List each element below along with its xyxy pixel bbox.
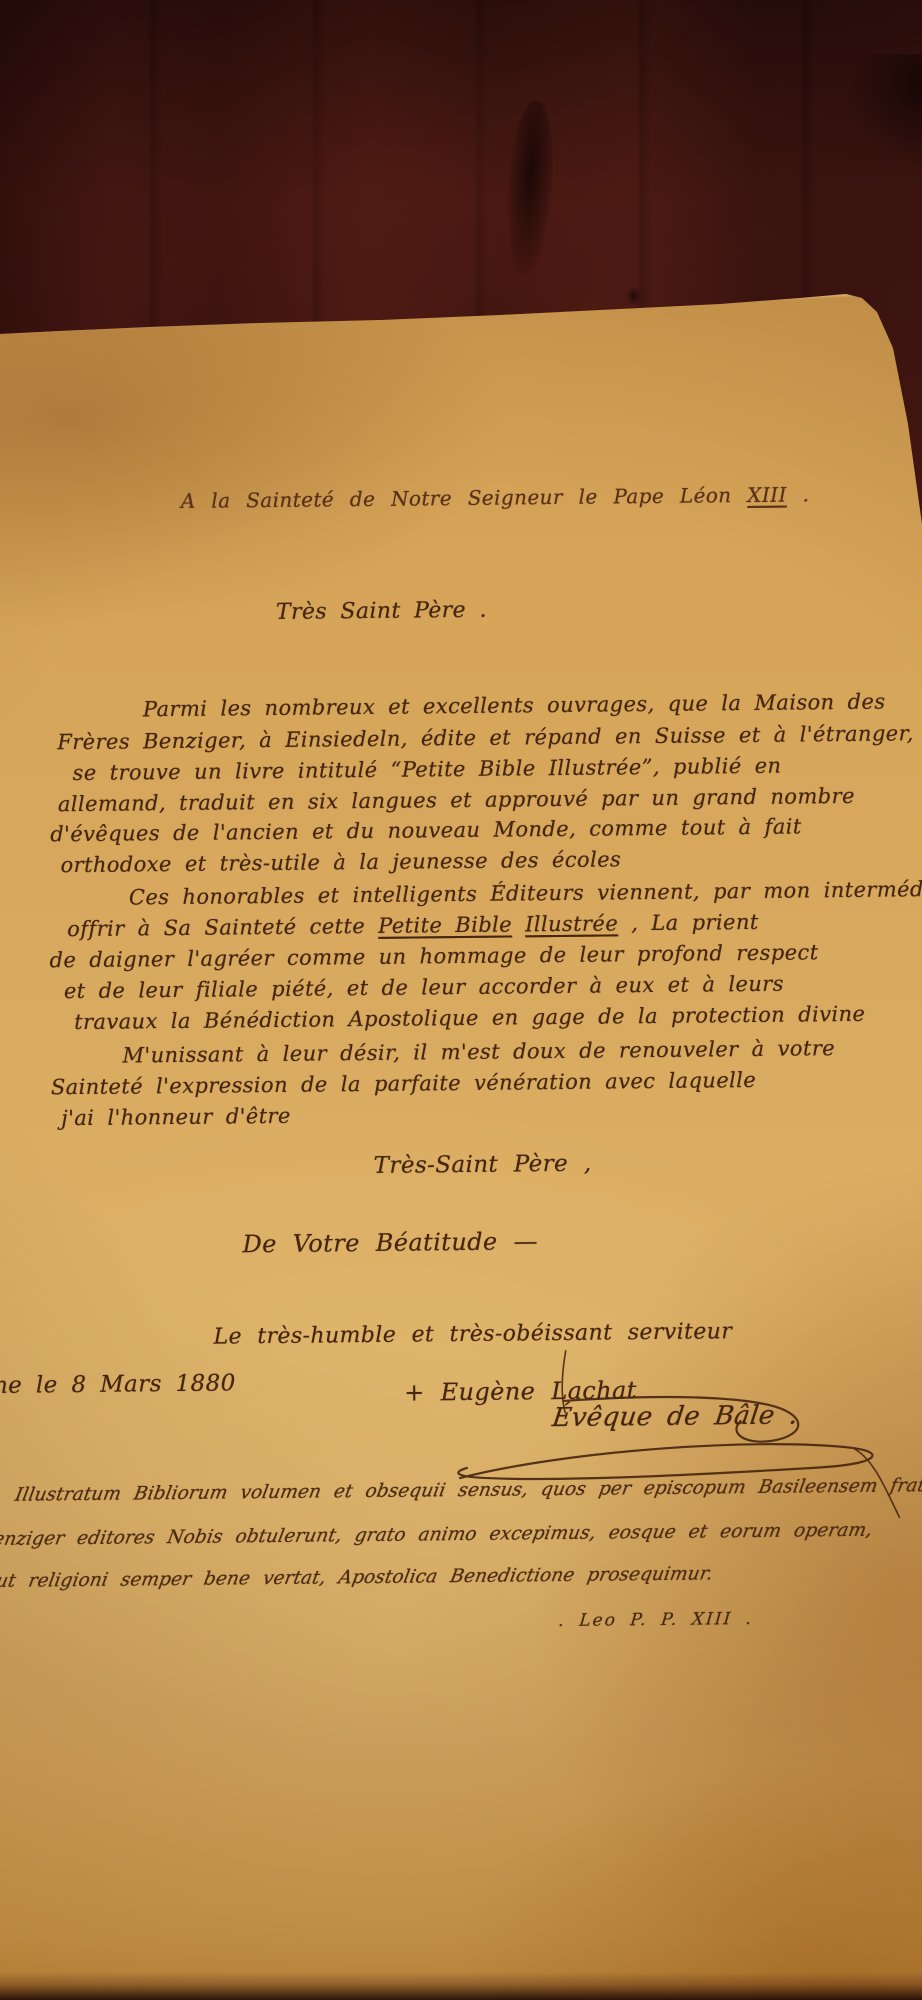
date-line: me le 8 Mars 1880 bbox=[0, 1370, 236, 1399]
photo-bottom-shadow bbox=[0, 1972, 922, 2000]
letter-text: , La prient bbox=[618, 910, 759, 935]
letter-line: Frères Benziger, à Einsiedeln, édite et … bbox=[57, 721, 914, 754]
postscript-line: Illustratum Bibliorum volumen et obsequi… bbox=[13, 1475, 922, 1506]
letter-line: offrir à Sa Sainteté cette Petite Bible … bbox=[67, 910, 759, 941]
letter-line: Ces honorables et intelligents Éditeurs … bbox=[129, 877, 922, 910]
greeting-line: Très Saint Père . bbox=[276, 598, 487, 625]
letter-line: allemand, traduit en six langues et appr… bbox=[58, 784, 855, 816]
letter-line: et de leur filiale piété, et de leur acc… bbox=[64, 972, 784, 1004]
letter-line: travaux la Bénédiction Apostolique en ga… bbox=[74, 1002, 865, 1034]
letter-line: se trouve un livre intitulé “Petite Bibl… bbox=[72, 754, 781, 785]
handwritten-text-layer: A la Sainteté de Notre Seigneur le Pape … bbox=[0, 0, 922, 2000]
letter-line: d'évêques de l'ancien et du nouveau Mond… bbox=[50, 814, 802, 846]
letter-line: orthodoxe et très-utile à la jeunesse de… bbox=[60, 847, 621, 877]
closing-line: Très-Saint Père , bbox=[374, 1151, 592, 1179]
closing-line: Le très-humble et très-obéissant servite… bbox=[213, 1319, 732, 1349]
underlined-text: Petite Bible bbox=[378, 912, 512, 937]
letter-photo: A la Sainteté de Notre Seigneur le Pape … bbox=[0, 0, 922, 2000]
salutation-line: A la Sainteté de Notre Seigneur le Pape … bbox=[181, 482, 810, 513]
salutation-text: A la Sainteté de Notre Seigneur le Pape … bbox=[181, 483, 748, 513]
letter-line: Sainteté l'expression de la parfaite vén… bbox=[51, 1068, 757, 1099]
letter-line: j'ai l'honneur d'être bbox=[61, 1104, 291, 1130]
postscript-line: ut religioni semper bene vertat, Apostol… bbox=[0, 1563, 715, 1592]
underlined-text: XIII bbox=[747, 483, 787, 507]
underlined-text: Illustrée bbox=[525, 911, 618, 936]
letter-line: de daigner l'agréer comme un hommage de … bbox=[49, 940, 818, 972]
letter-line: Parmi les nombreux et excellents ouvrage… bbox=[143, 690, 886, 722]
papal-signature: . Leo P. P. XIII . bbox=[558, 1609, 754, 1631]
letter-line: M'unissant à leur désir, il m'est doux d… bbox=[122, 1036, 835, 1067]
letter-text bbox=[512, 912, 525, 936]
signature-title: Évêque de Bâle . bbox=[550, 1400, 800, 1433]
closing-line: De Votre Béatitude — bbox=[242, 1227, 538, 1258]
salutation-text: . bbox=[787, 482, 810, 506]
letter-text: offrir à Sa Sainteté cette bbox=[67, 914, 378, 941]
postscript-line: Benziger editores Nobis obtulerunt, grat… bbox=[0, 1520, 874, 1550]
